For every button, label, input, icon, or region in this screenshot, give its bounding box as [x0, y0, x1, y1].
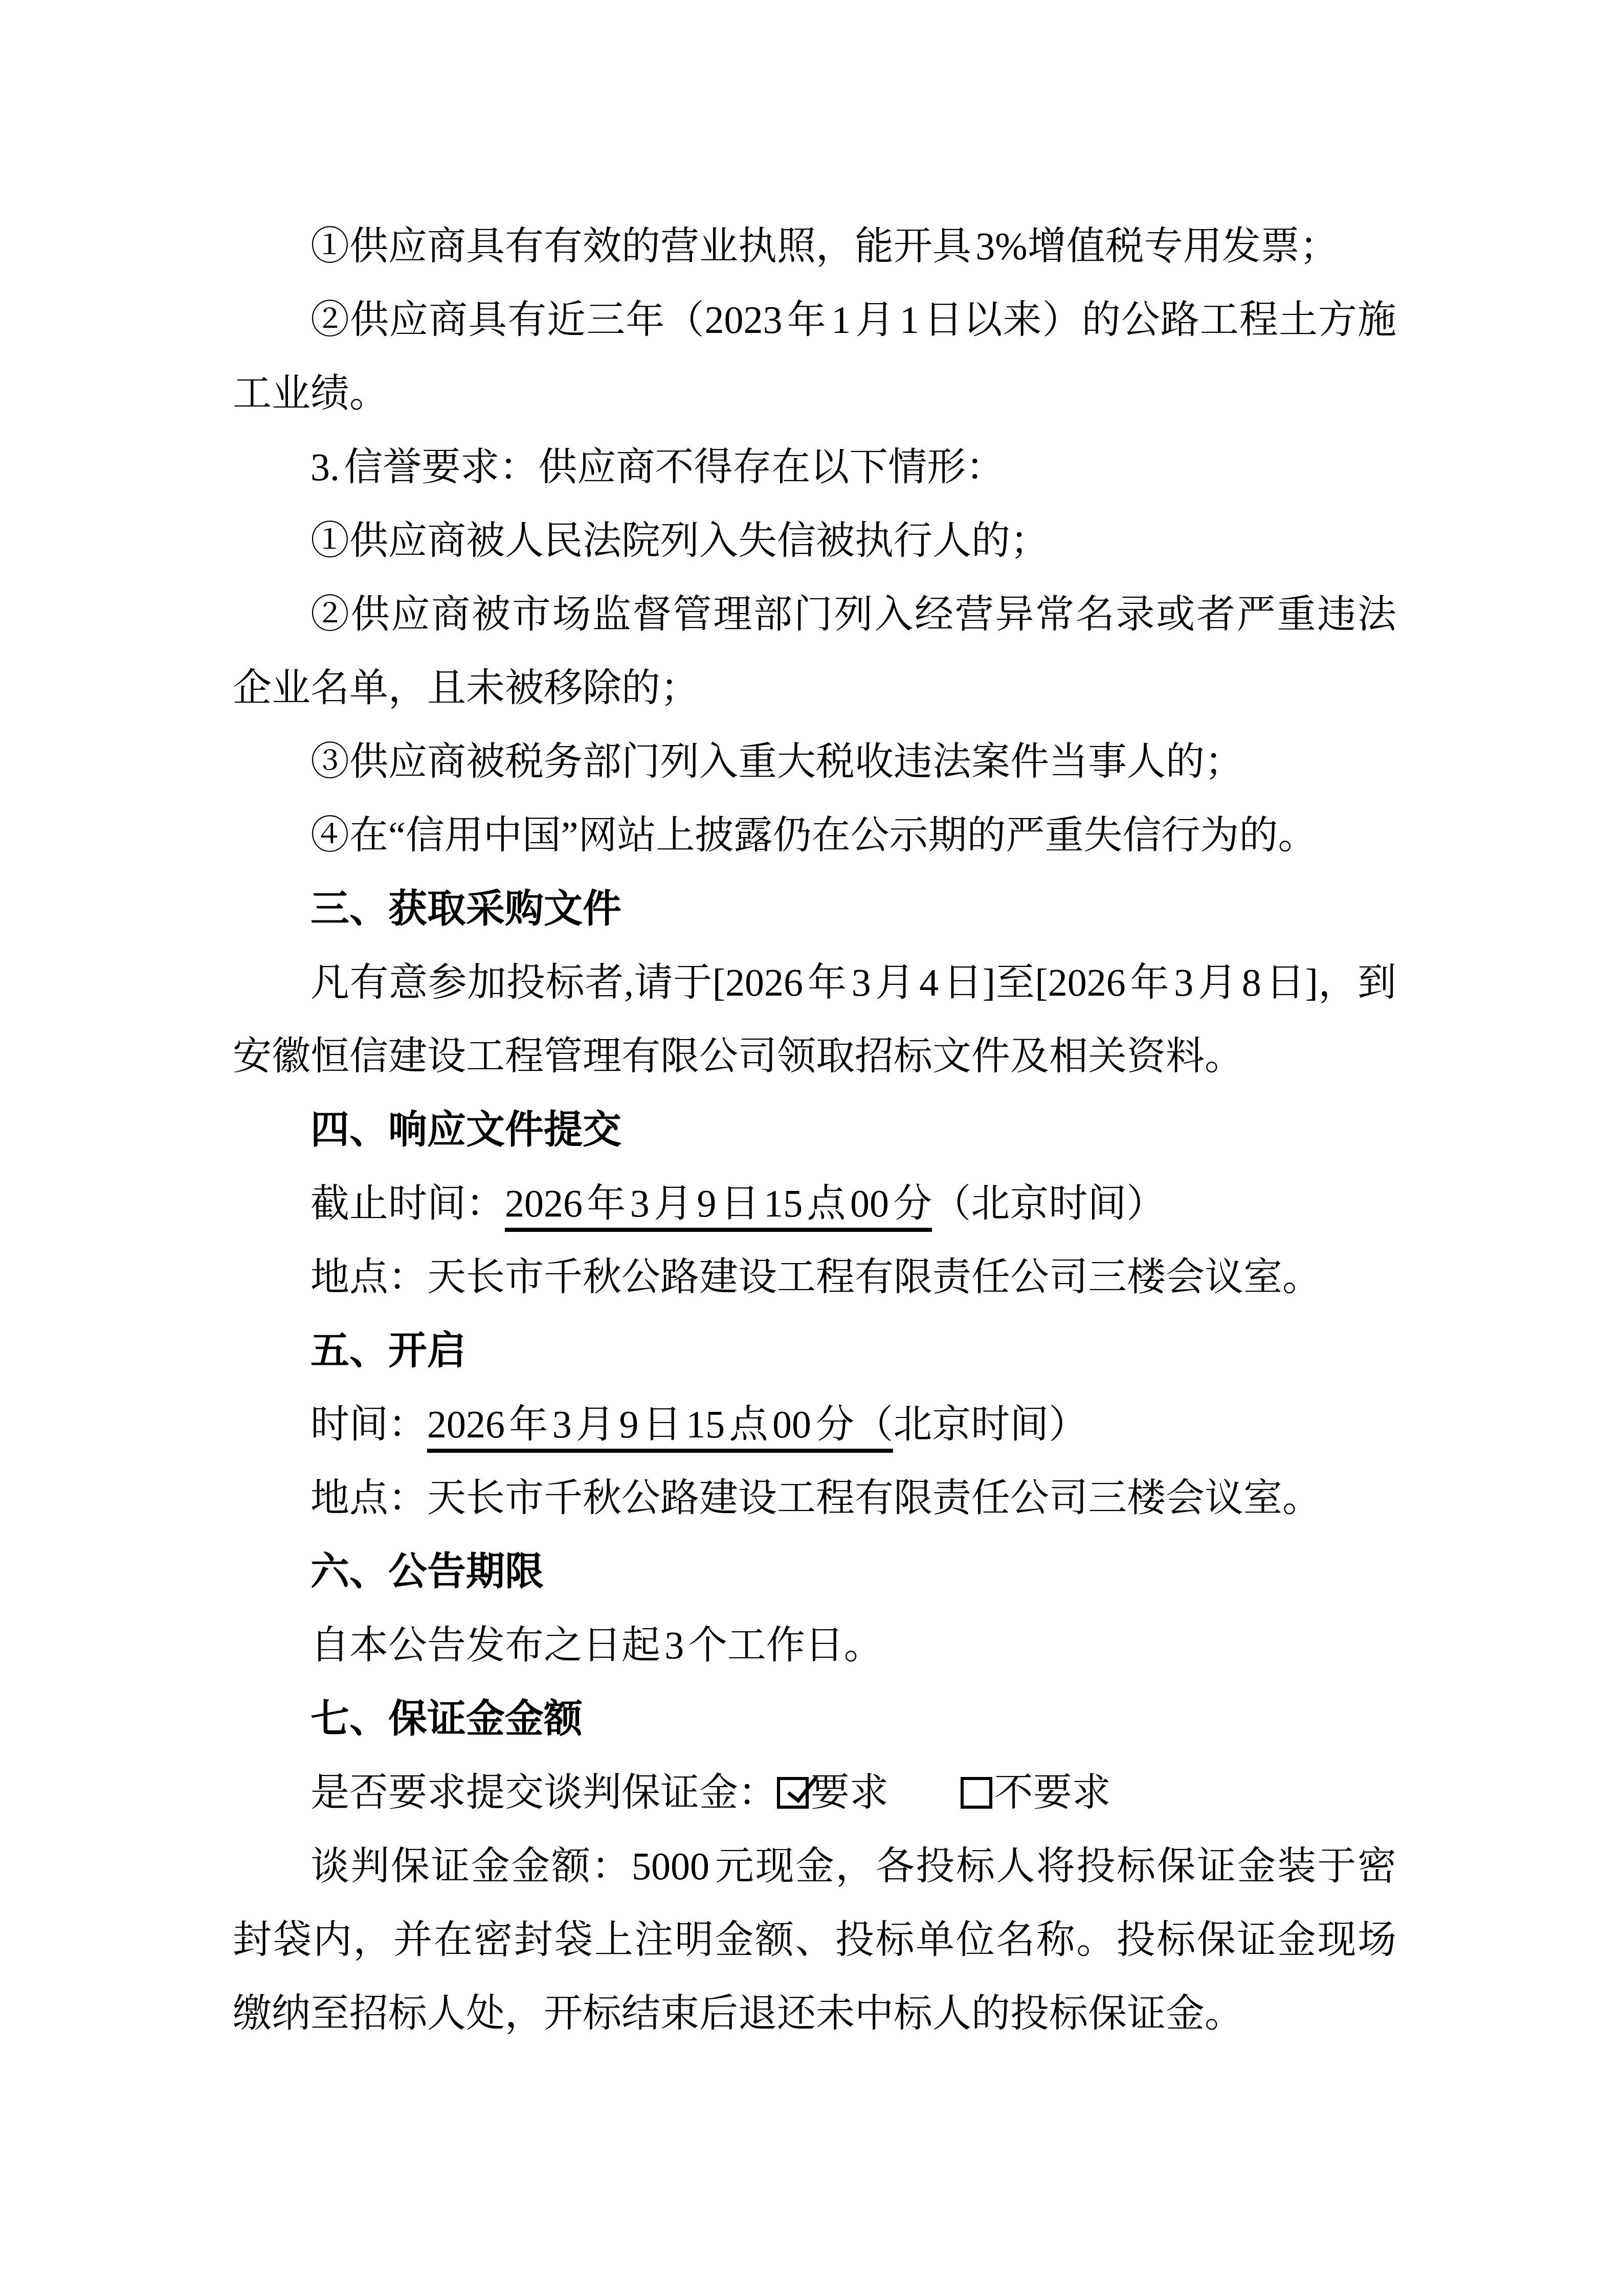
- section-heading-obtain-documents: 三、获取采购文件: [233, 872, 1396, 946]
- paragraph-credit-intro: 3. 信誉要求：供应商不得存在以下情形：: [233, 431, 1396, 504]
- deposit-option-not-required-label: 不要求: [994, 1771, 1111, 1814]
- paragraph-qual-license: ①供应商具有有效的营业执照，能开具 3%增值税专用发票；: [233, 210, 1396, 283]
- document-page: ①供应商具有有效的营业执照，能开具 3%增值税专用发票； ②供应商具有近三年（2…: [0, 0, 1624, 2296]
- paragraph-qual-performance: ②供应商具有近三年（2023 年 1 月 1 日以来）的公路工程土方施工业绩。: [233, 283, 1396, 431]
- opening-time-label: 时间：: [310, 1403, 427, 1446]
- opening-time-datetime: 2026 年 3 月 9 日 15 点 00 分（: [427, 1403, 893, 1453]
- paragraph-submission-deadline: 截止时间：2026 年 3 月 9 日 15 点 00 分（北京时间）: [233, 1167, 1396, 1241]
- paragraph-opening-location: 地点：天长市千秋公路建设工程有限责任公司三楼会议室。: [233, 1461, 1396, 1535]
- deposit-question-label: 是否要求提交谈判保证金：: [310, 1771, 777, 1814]
- paragraph-deposit-question: 是否要求提交谈判保证金：要求不要求: [233, 1756, 1396, 1830]
- submission-deadline-timezone: （北京时间）: [932, 1182, 1165, 1225]
- paragraph-credit-court: ①供应商被人民法院列入失信被执行人的；: [233, 504, 1396, 578]
- opening-time-timezone: 北京时间）: [893, 1403, 1087, 1446]
- section-heading-response-submission: 四、响应文件提交: [233, 1093, 1396, 1167]
- deposit-option-required-label: 要求: [811, 1771, 888, 1814]
- checkbox-unchecked-icon: [961, 1777, 992, 1809]
- paragraph-obtain-documents: 凡有意参加投标者,请于[2026 年 3 月 4 日]至[2026 年 3 月 …: [233, 946, 1396, 1093]
- paragraph-notice-period: 自本公告发布之日起 3 个工作日。: [233, 1609, 1396, 1682]
- submission-deadline-datetime: 2026 年 3 月 9 日 15 点 00 分: [505, 1182, 932, 1232]
- deposit-option-required: 要求: [777, 1771, 888, 1814]
- section-heading-notice-period: 六、公告期限: [233, 1535, 1396, 1609]
- section-heading-deposit: 七、保证金金额: [233, 1682, 1396, 1756]
- submission-deadline-label: 截止时间：: [310, 1182, 505, 1225]
- paragraph-credit-market: ②供应商被市场监督管理部门列入经营异常名录或者严重违法企业名单，且未被移除的；: [233, 578, 1396, 725]
- deposit-option-not-required: 不要求: [961, 1771, 1111, 1814]
- paragraph-opening-time: 时间：2026 年 3 月 9 日 15 点 00 分（北京时间）: [233, 1388, 1396, 1461]
- checkbox-checked-icon: [777, 1777, 809, 1809]
- paragraph-credit-creditchina: ④在“信用中国”网站上披露仍在公示期的严重失信行为的。: [233, 799, 1396, 872]
- paragraph-credit-tax: ③供应商被税务部门列入重大税收违法案件当事人的；: [233, 725, 1396, 799]
- document-body: ①供应商具有有效的营业执照，能开具 3%增值税专用发票； ②供应商具有近三年（2…: [233, 210, 1396, 2051]
- section-heading-opening: 五、开启: [233, 1314, 1396, 1388]
- paragraph-submission-location: 地点：天长市千秋公路建设工程有限责任公司三楼会议室。: [233, 1241, 1396, 1314]
- paragraph-deposit-detail: 谈判保证金金额：5000 元现金，各投标人将投标保证金装于密封袋内，并在密封袋上…: [233, 1830, 1396, 2051]
